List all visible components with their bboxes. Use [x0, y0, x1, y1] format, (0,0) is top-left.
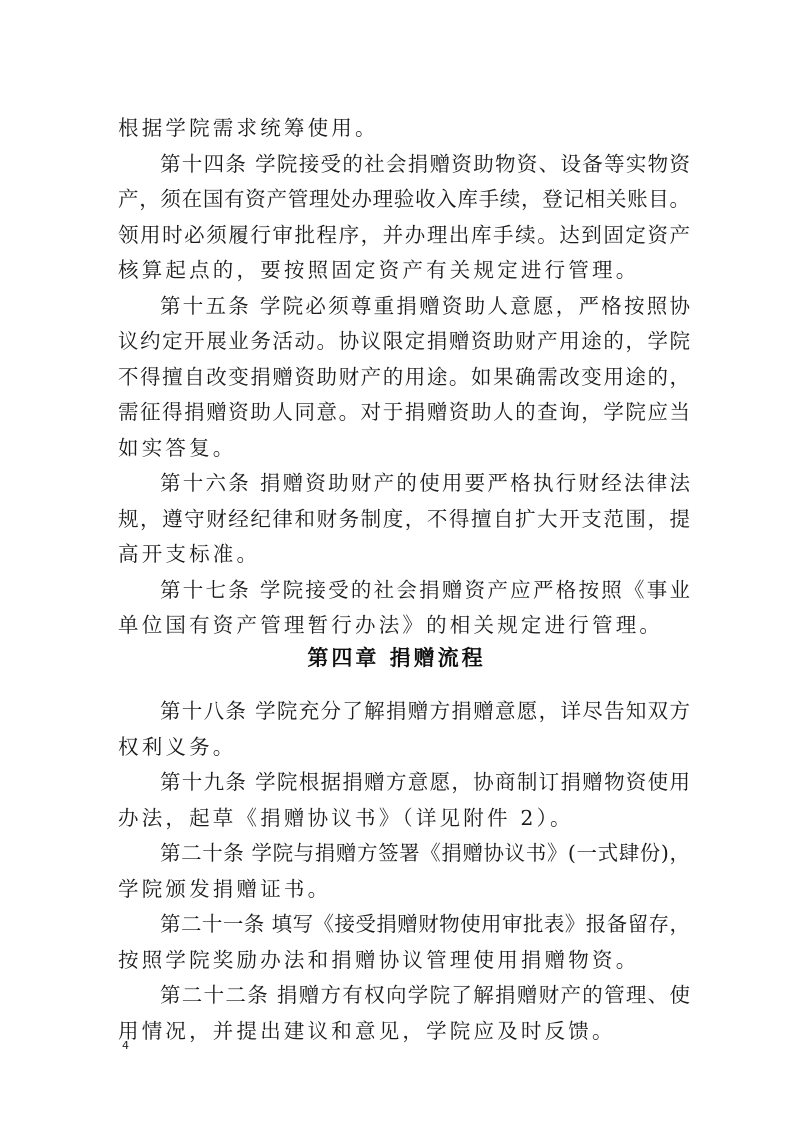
article-first-line: 第十九条 学院根据捐赠方意愿，协商制订捐赠物资使用	[160, 764, 690, 800]
page-number: 4	[122, 1039, 129, 1052]
paragraph-line: 单位国有资产管理暂行办法》的相关规定进行管理。	[118, 607, 690, 643]
paragraph-line: 根据学院需求统筹使用。	[118, 110, 690, 146]
paragraph-line: 核算起点的，要按照固定资产有关规定进行管理。	[118, 252, 690, 288]
paragraph-line: 用情况，并提出建议和意见，学院应及时反馈。	[118, 1013, 690, 1049]
paragraph-line: 高开支标准。	[118, 536, 690, 572]
paragraph-line: 领用时必须履行审批程序，并办理出库手续。达到固定资产	[118, 217, 690, 253]
paragraph-line: 规，遵守财经纪律和财务制度，不得擅自扩大开支范围，提	[118, 501, 690, 537]
article-first-line: 第二十条 学院与捐赠方签署《捐赠协议书》(一式肆份)，	[160, 835, 690, 871]
article-first-line: 第十四条 学院接受的社会捐赠资助物资、设备等实物资	[160, 146, 690, 182]
document-page: 根据学院需求统筹使用。第十四条 学院接受的社会捐赠资助物资、设备等实物资产，须在…	[0, 0, 793, 1122]
paragraph-line: 办法，起草《捐赠协议书》（详见附件 2）。	[118, 800, 690, 836]
paragraph-line: 权利义务。	[118, 729, 690, 765]
paragraph-line: 学院颁发捐赠证书。	[118, 871, 690, 907]
paragraph-line: 需征得捐赠资助人同意。对于捐赠资助人的查询，学院应当	[118, 394, 690, 430]
article-first-line: 第十八条 学院充分了解捐赠方捐赠意愿，详尽告知双方	[160, 693, 690, 729]
paragraph-line: 议约定开展业务活动。协议限定捐赠资助财产用途的，学院	[118, 323, 690, 359]
paragraph-line: 如实答复。	[118, 430, 690, 466]
article-first-line: 第二十一条 填写《接受捐赠财物使用审批表》报备留存，	[160, 906, 690, 942]
paragraph-line: 按照学院奖励办法和捐赠协议管理使用捐赠物资。	[118, 942, 690, 978]
paragraph-line: 产，须在国有资产管理处办理验收入库手续，登记相关账目。	[118, 181, 690, 217]
chapter-heading: 第四章 捐赠流程	[0, 640, 793, 676]
article-first-line: 第二十二条 捐赠方有权向学院了解捐赠财产的管理、使	[160, 977, 690, 1013]
article-first-line: 第十五条 学院必须尊重捐赠资助人意愿，严格按照协	[160, 288, 690, 324]
article-first-line: 第十七条 学院接受的社会捐赠资产应严格按照《事业	[160, 572, 690, 608]
article-first-line: 第十六条 捐赠资助财产的使用要严格执行财经法律法	[160, 465, 690, 501]
paragraph-line: 不得擅自改变捐赠资助财产的用途。如果确需改变用途的，	[118, 359, 690, 395]
